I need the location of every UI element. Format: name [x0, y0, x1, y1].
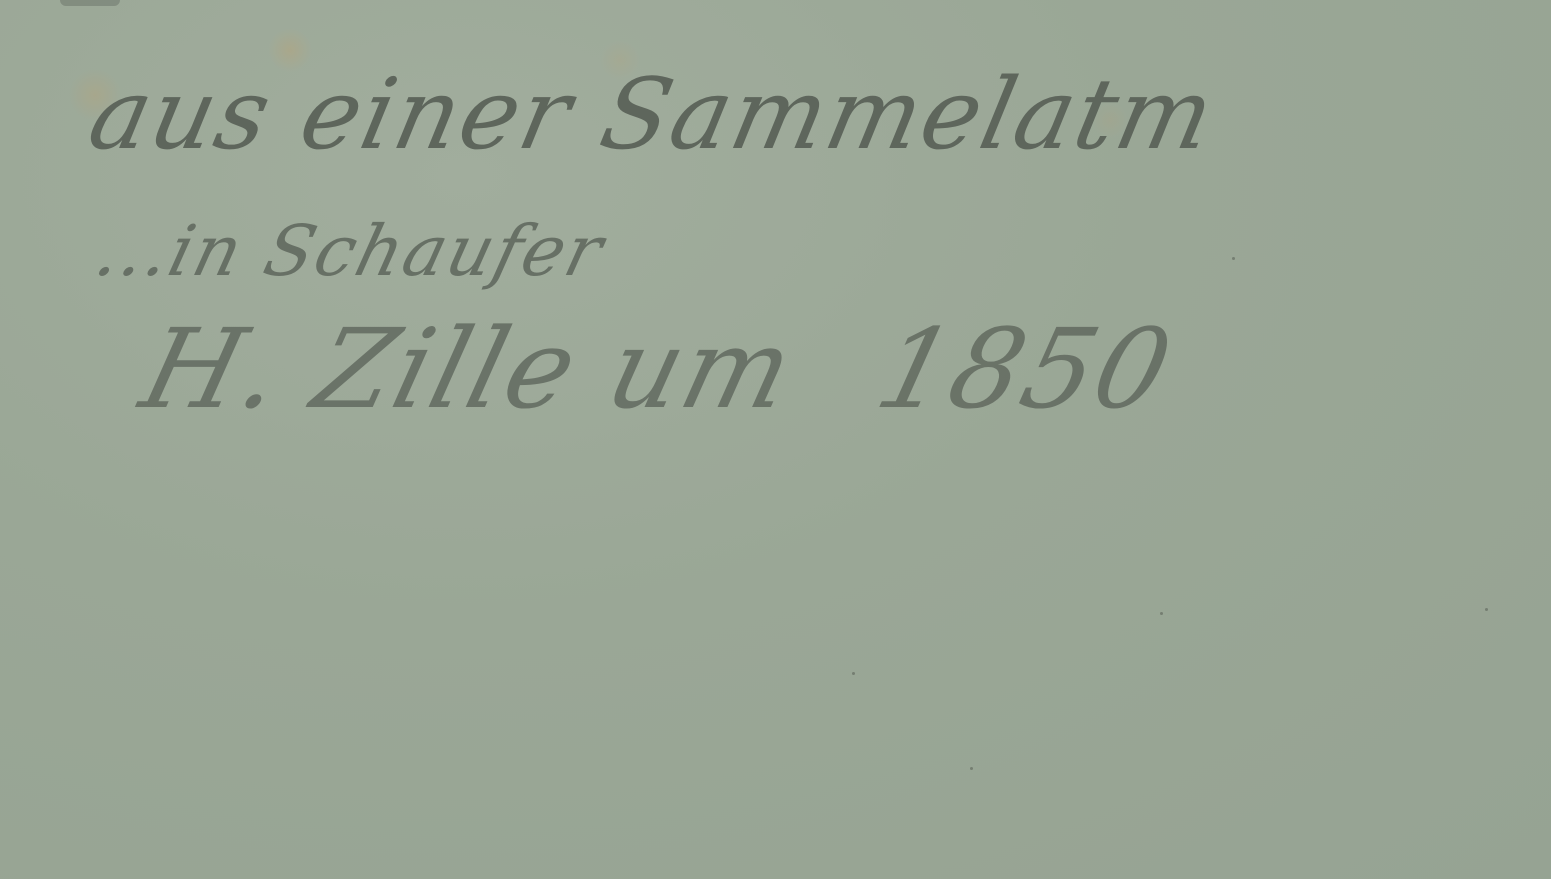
- handwritten-line-1: aus einer Sammelatm: [80, 58, 1225, 172]
- handwritten-line-2: ...in Schaufer: [88, 210, 613, 292]
- paper-speck: [852, 672, 855, 675]
- paper-speck: [1485, 608, 1488, 611]
- paper-speck: [1232, 257, 1235, 260]
- paper-speck: [970, 767, 973, 770]
- handwritten-line-3: H. Zille um1850: [130, 305, 1185, 433]
- signature: H. Zille um: [130, 305, 807, 433]
- paper-speck: [1160, 612, 1163, 615]
- paper-edge-mark: [60, 0, 120, 6]
- year: 1850: [865, 305, 1185, 433]
